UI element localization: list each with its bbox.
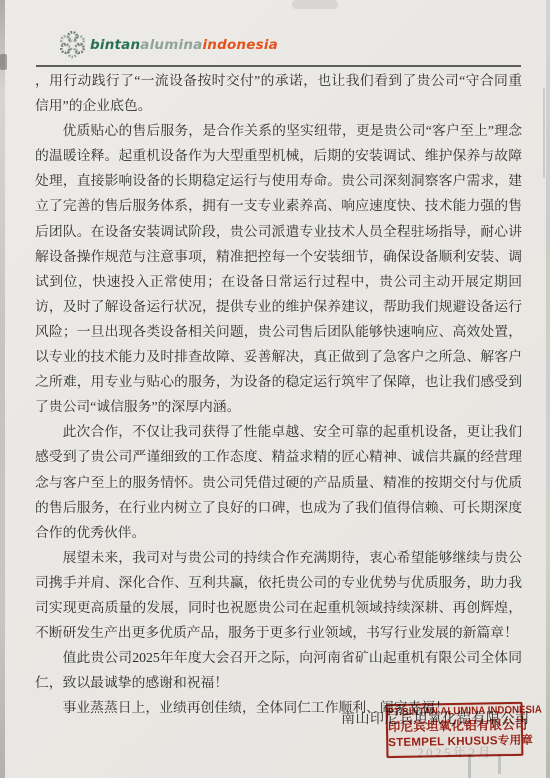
wordmark-alumina: alumina (140, 37, 202, 53)
scan-artifact-left-blot (0, 54, 7, 70)
wordmark-bintan: bintan (90, 37, 140, 53)
letterhead-divider (36, 65, 521, 67)
gear-flower-logo-icon (59, 30, 86, 59)
body-paragraph-thanks: 值此贵公司2025年年度大会召开之际，向河南省矿山起重机有限公司全体同仁，致以最… (35, 645, 522, 695)
scanned-letter-page: bintanaluminaindonesia ，用行动践行了“一流设备按时交付”… (0, 0, 550, 778)
scan-artifact-streak-2 (498, 754, 501, 774)
company-stamp: PT.BINTAN ALUMINA INDONESIA 印尼宾坦氧化铝有限公司 … (386, 702, 524, 758)
body-paragraph-service: 优质贴心的售后服务，是合作关系的坚实纽带，更是贵公司“客户至上”理念的温暖诠释。… (35, 118, 522, 419)
letter-body: ，用行动践行了“一流设备按时交付”的承诺，也让我们看到了贵公司“守合同重信用”的… (35, 68, 522, 720)
company-wordmark: bintanaluminaindonesia (90, 37, 278, 53)
scan-artifact-right-edge (546, 0, 550, 778)
wordmark-indonesia: indonesia (202, 37, 278, 53)
scan-artifact-left-edge (0, 0, 5, 778)
scan-artifact-streak-1 (468, 754, 471, 778)
scan-artifact-top-smudge (292, 0, 338, 9)
stamp-line-mixed: STEMPEL KHUSUS专用章 (388, 733, 521, 750)
scan-artifact-streak-3 (543, 88, 545, 178)
body-paragraph-continuation: ，用行动践行了“一流设备按时交付”的承诺，也让我们看到了贵公司“守合同重信用”的… (35, 68, 522, 118)
body-paragraph-outlook: 展望未来，我司对与贵公司的持续合作充满期待，衷心希望能够继续与贵公司携手并肩、深… (35, 545, 522, 645)
body-paragraph-cooperation: 此次合作，不仅让我司获得了性能卓越、安全可靠的起重机设备，更让我们感受到了贵公司… (35, 419, 522, 544)
letterhead: bintanaluminaindonesia (59, 29, 278, 59)
stamp-line-latin: PT.BINTAN ALUMINA INDONESIA (388, 704, 521, 720)
